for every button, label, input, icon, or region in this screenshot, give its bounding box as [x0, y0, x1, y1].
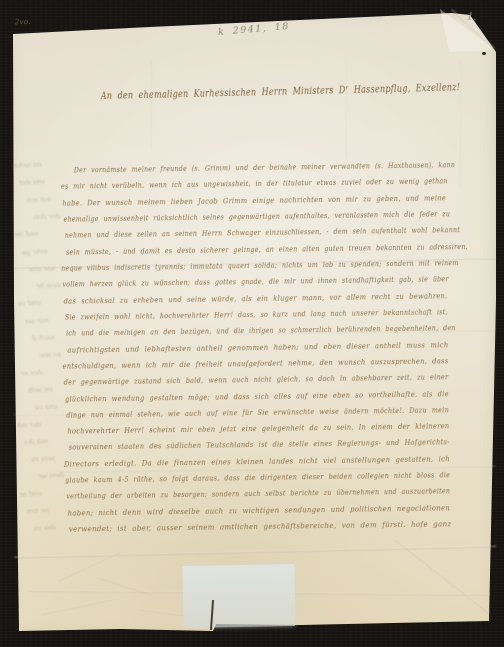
- scan-background: 2vo. k 2941, 18 1. An den ehemaligen Kur…: [0, 0, 504, 647]
- handwritten-line: ehemalige unwissenheit rücksichtlich sei…: [63, 209, 450, 224]
- handwritten-line: es mir nicht verübeln, wenn ich aus unge…: [61, 177, 448, 192]
- bleedthrough-fragment: der mh: [16, 420, 41, 429]
- handwritten-line: glücklichen wendung gestalten möge; und …: [65, 389, 449, 404]
- bleedthrough-fragment: im selb: [28, 385, 53, 394]
- bleedthrough-fragment: wie uns: [29, 264, 56, 273]
- handwritten-line: der gegenwärtige zustand sich bald, wenn…: [64, 372, 449, 387]
- handwritten-line: Der vornämste meiner freunde (s. Grimm) …: [74, 160, 455, 175]
- bleedthrough-fragment: der ihm: [33, 212, 60, 221]
- bleedthrough-fragment: uns der: [19, 178, 45, 187]
- handwritten-line: sein müsste, - und damit es desto sicher…: [66, 242, 468, 258]
- archive-number-pencil: k 2941, 18: [218, 21, 291, 38]
- bleedthrough-fragment: nnd im: [15, 230, 39, 239]
- handwritten-line: habe. Der wunsch meinem lieben Jacob Gri…: [62, 193, 446, 208]
- handwritten-line: vertheilung der arbeiten zu besorgen; so…: [66, 487, 450, 502]
- bleedthrough-fragment: sein zu: [31, 454, 56, 463]
- handwritten-line: ich und die meinigen an den bezügen, und…: [66, 323, 456, 338]
- verso-bleedthrough: im nehmuns dermit schder ihmnnd imsehr g…: [12, 161, 70, 562]
- bleedthrough-fragment: mit sch: [26, 195, 52, 204]
- bleedthrough-fragment: dem hr: [36, 281, 61, 290]
- bleedthrough-fragment: den er: [20, 368, 43, 377]
- folio-number: 1.: [466, 11, 478, 23]
- bleedthrough-fragment: und zu: [18, 299, 42, 308]
- bleedthrough-fragment: und se: [19, 489, 42, 498]
- handwritten-line: souverainen staaten des südlichen Teutsc…: [69, 438, 450, 453]
- handwritten-line: verwendet; ist aber, ausser seinem amtli…: [69, 519, 452, 534]
- bleedthrough-fragment: im hrn: [26, 506, 49, 515]
- salutation-line: An den ehemaligen Kurhessischen Herrn Mi…: [101, 85, 359, 102]
- handwritten-line: neque vilibus indiscretis tyrannis; immu…: [61, 258, 459, 274]
- handwritten-line: vollem herzen glück zu wünschen; dass go…: [62, 274, 448, 289]
- handwritten-line: hochverehrter Herr! scheint mir eben jet…: [67, 421, 449, 436]
- handwritten-line: aufrichtigsten und lebhaftesten antheil …: [67, 340, 448, 355]
- handwritten-line: Sie zweifeln wohl nicht, hochverehrter H…: [65, 307, 448, 322]
- bleedthrough-fragment: uns zu: [35, 403, 58, 412]
- handwritten-line: das schicksal zu erheben und seine würde…: [64, 291, 448, 306]
- letter-body: Der vornämste meiner freunde (s. Grimm) …: [60, 160, 451, 545]
- recto-corner-note: 2vo.: [15, 18, 31, 26]
- bleedthrough-fragment: mit ihn: [23, 437, 48, 446]
- bleedthrough-fragment: so wie: [39, 351, 61, 360]
- handwritten-line: glaube kaum 4-5 räthe, so folgt daraus, …: [65, 470, 450, 485]
- bleedthrough-fragment: mir sei: [25, 316, 49, 325]
- bleedthrough-fragment: dem wr: [38, 472, 64, 481]
- manuscript-content: 2vo. k 2941, 18 1. An den ehemaligen Kur…: [0, 0, 504, 647]
- bleedthrough-fragment: im nehm: [12, 160, 42, 169]
- handwritten-line: entschuldigen, wenn ich mir die freiheit…: [63, 356, 449, 371]
- bleedthrough-fragment: des zu: [34, 524, 56, 533]
- handwritten-line: haben; nicht denn wird dieselbe auch zu …: [68, 503, 451, 518]
- bleedthrough-fragment: sehr ge: [22, 247, 48, 256]
- handwritten-line: dinge nun einmal stehen, wie auch auf ei…: [66, 405, 449, 420]
- handwritten-line: nehmen und diese zeilen an seinen Herrn …: [65, 225, 460, 241]
- handwritten-line: Directors erledigt. Da die finanzen eine…: [64, 454, 450, 469]
- bleedthrough-fragment: nach d: [32, 333, 56, 342]
